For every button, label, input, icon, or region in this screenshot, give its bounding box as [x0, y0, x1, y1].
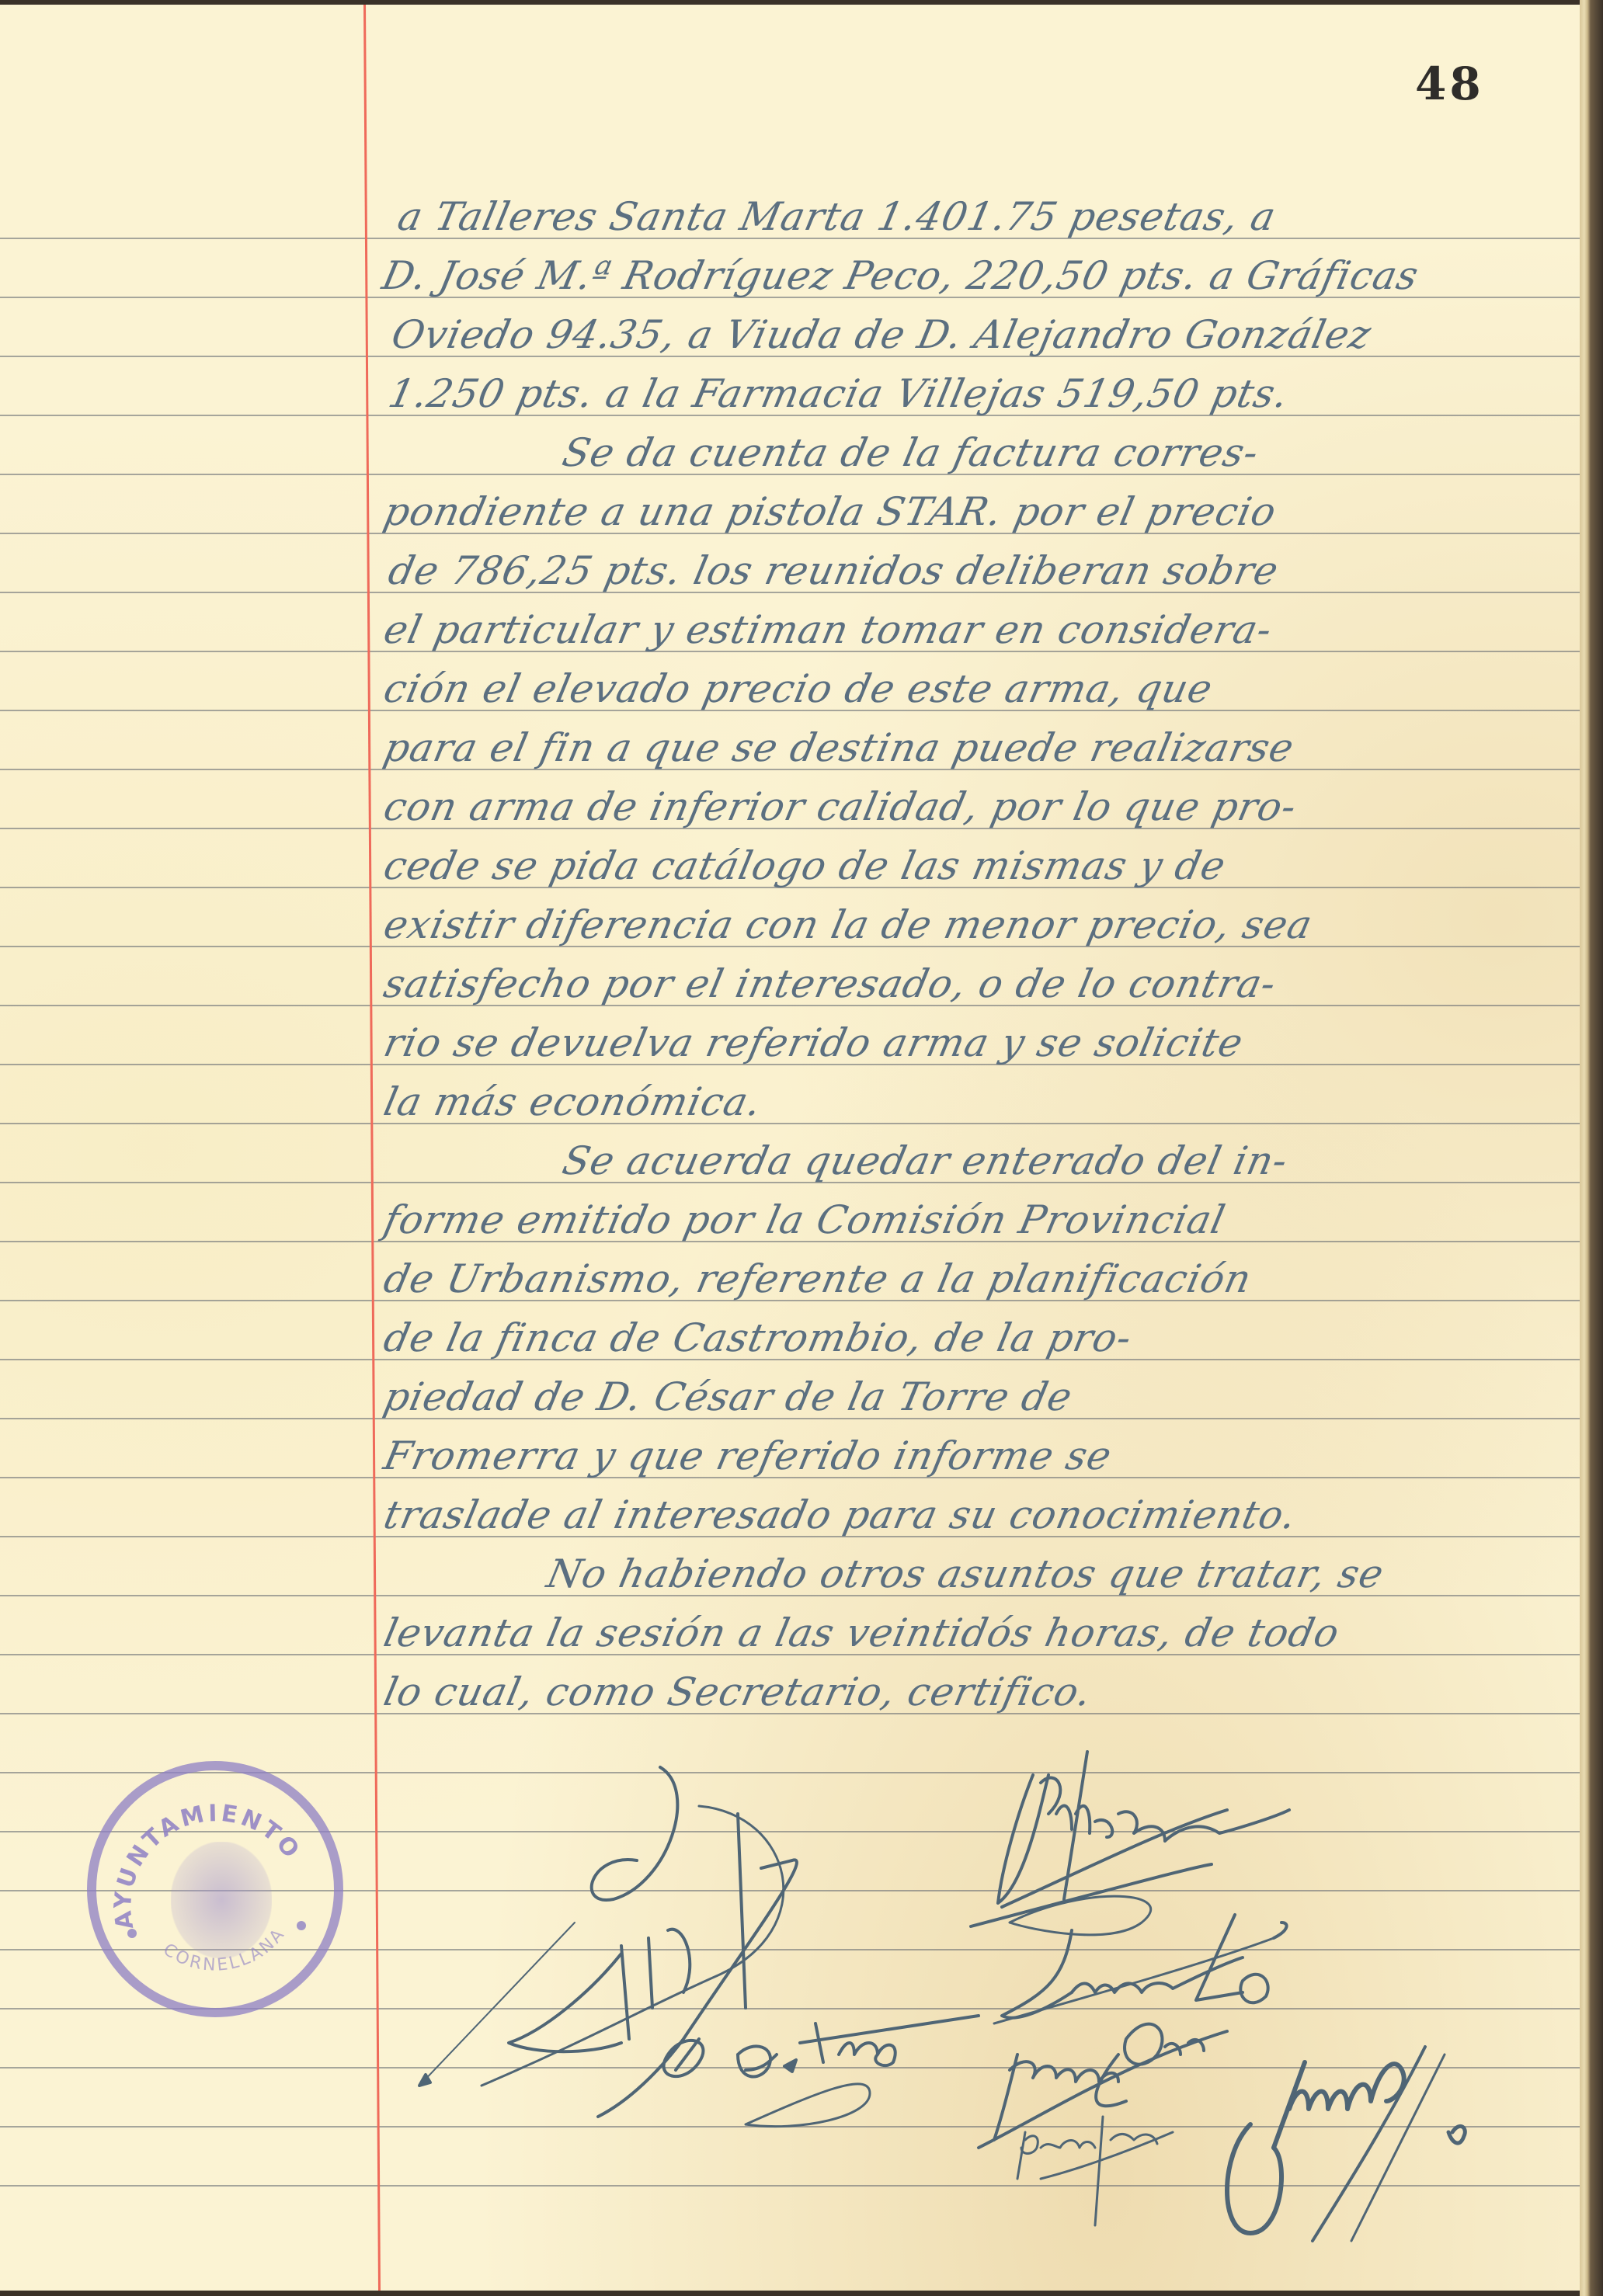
signatures-block	[0, 5, 1580, 2291]
signature-romero	[1227, 2047, 1465, 2241]
signature-castro	[664, 2016, 979, 2127]
signature-mercedes	[994, 1915, 1287, 2023]
signature-bartolome	[1017, 2117, 1173, 2225]
book-edge	[1580, 0, 1603, 2296]
signature-pedro-verde	[971, 1752, 1289, 1935]
ledger-page: 48 a Talleres Santa Marta 1.401.75 peset…	[0, 5, 1580, 2291]
